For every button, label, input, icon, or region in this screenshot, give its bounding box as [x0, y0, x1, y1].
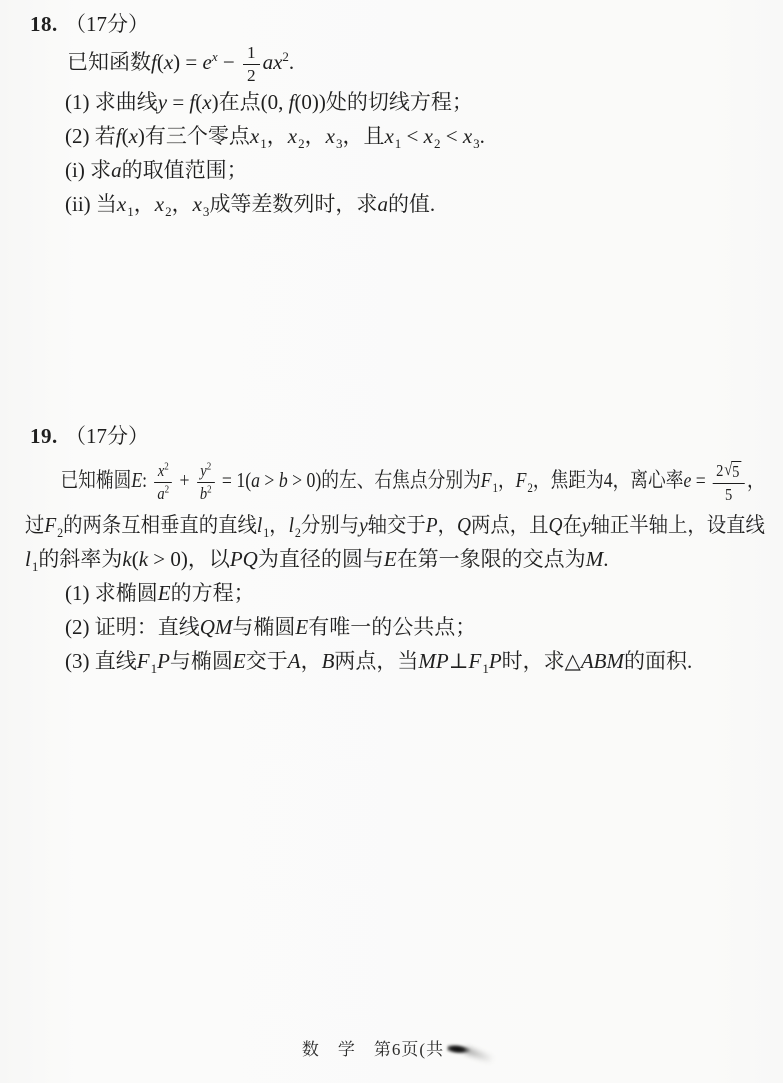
math-variable: x: [326, 124, 335, 148]
text-run: 5: [725, 485, 732, 504]
text-run: <: [440, 124, 462, 148]
math-variable: l: [289, 513, 294, 537]
math-variable: E: [384, 547, 397, 571]
math-variable: E: [233, 649, 246, 673]
exam-paper-page: 18. （17分） 已知函数f(x) = ex − 12ax2.(1) 求曲线y…: [0, 0, 783, 1083]
text-run: (: [157, 50, 164, 74]
text-run: 两点，当: [334, 649, 418, 673]
text-run: ，: [269, 513, 288, 537]
text-run: 过: [25, 513, 44, 537]
superscript: 2: [207, 461, 211, 473]
text-run: ，: [305, 124, 326, 148]
text-run: <: [401, 124, 423, 148]
question-19: 19. （17分） 已知椭圆E: x2a2 + y2b2 = 1(a > b >…: [25, 420, 765, 678]
math-variable: ABM: [581, 649, 624, 673]
question-line: 已知函数f(x) = ex − 12ax2.: [25, 40, 765, 85]
math-variable: A: [288, 649, 301, 673]
math-variable: F: [44, 513, 56, 537]
question-line: (1) 求曲线y = f(x)在点(0, f(0))处的切线方程；: [25, 85, 765, 119]
text-run: +: [175, 468, 194, 492]
math-variable: F: [481, 468, 492, 492]
text-run: .: [480, 124, 485, 148]
text-run: ，: [134, 192, 155, 216]
text-run: (: [122, 124, 129, 148]
math-variable: Q: [549, 513, 563, 537]
text-run: 时，求△: [502, 649, 581, 673]
superscript: 2: [165, 484, 169, 496]
math-variable: b: [200, 484, 207, 503]
text-run: (1) 求曲线: [65, 90, 158, 114]
math-variable: b: [279, 468, 288, 492]
text-run: (2) 若: [65, 124, 116, 148]
text-run: ，: [747, 468, 765, 492]
fraction: 12: [243, 43, 260, 86]
text-run: ⊥: [449, 649, 469, 673]
question-body: 已知椭圆E: x2a2 + y2b2 = 1(a > b > 0)的左、右焦点分…: [25, 452, 765, 678]
text-run: (: [132, 547, 139, 571]
question-18-header: 18. （17分）: [30, 8, 765, 40]
math-variable: M: [586, 547, 604, 571]
text-run: =: [167, 90, 189, 114]
math-variable: QM: [200, 615, 233, 639]
math-variable: x: [129, 124, 138, 148]
question-line: (3) 直线F1P与椭圆E交于A，B两点，当MP⊥F1P时，求△ABM的面积.: [25, 644, 765, 678]
text-run: ，: [301, 649, 322, 673]
math-variable: ax: [263, 50, 283, 74]
math-variable: P: [157, 649, 170, 673]
text-run: (1) 求椭圆: [65, 581, 158, 605]
text-run: 的取值范围；: [122, 158, 248, 182]
text-run: ，焦距为4，离心率: [533, 468, 684, 492]
question-line: (i) 求a的取值范围；: [25, 153, 765, 187]
text-run: 1: [247, 43, 256, 62]
fraction: x2a2: [154, 461, 173, 504]
math-variable: F: [516, 468, 527, 492]
text-run: (0))处的切线方程；: [294, 90, 472, 114]
math-variable: k: [139, 547, 148, 571]
question-line: (2) 若f(x)有三个零点x1，x2，x3，且x1 < x2 < x3.: [25, 119, 765, 153]
text-run: 两点，且: [471, 513, 549, 537]
text-run: .: [289, 50, 294, 74]
question-points: （17分）: [65, 424, 149, 448]
text-run: > 0)的左、右焦点分别为: [288, 468, 481, 492]
text-run: )在点(0,: [212, 90, 289, 114]
math-variable: x: [384, 124, 393, 148]
page-content: 18. （17分） 已知函数f(x) = ex − 12ax2.(1) 求曲线y…: [25, 8, 765, 678]
text-run: )有三个零点: [138, 124, 250, 148]
ink-smudge-artifact: [446, 1042, 481, 1058]
question-line: (1) 求椭圆E的方程；: [25, 576, 765, 610]
text-run: 的值.: [388, 192, 435, 216]
math-variable: B: [322, 649, 335, 673]
math-variable: E: [295, 615, 308, 639]
math-variable: x: [117, 192, 126, 216]
question-line: l1的斜率为k(k > 0)，以PQ为直径的圆与E在第一象限的交点为M.: [25, 542, 765, 576]
question-line: (ii) 当x1，x2，x3成等差数列时，求a的值.: [25, 187, 765, 221]
superscript: 2: [207, 484, 211, 496]
text-run: 轴交于: [368, 513, 426, 537]
text-run: 2: [247, 66, 256, 85]
math-variable: a: [377, 192, 388, 216]
text-run: .: [603, 547, 608, 571]
math-variable: e: [683, 468, 691, 492]
fraction: y2b2: [196, 461, 215, 504]
math-variable: x: [193, 192, 202, 216]
text-run: 分别与: [301, 513, 359, 537]
text-run: 在第一象限的交点为: [397, 547, 586, 571]
text-run: >: [260, 468, 279, 492]
question-number: 19.: [30, 424, 58, 448]
text-run: ，: [498, 468, 516, 492]
question-body: 已知函数f(x) = ex − 12ax2.(1) 求曲线y = f(x)在点(…: [25, 40, 765, 221]
fraction: 2√55: [713, 461, 745, 505]
question-line: (2) 证明：直线QM与椭圆E有唯一的公共点；: [25, 610, 765, 644]
math-variable: F: [468, 649, 481, 673]
question-line: 已知椭圆E: x2a2 + y2b2 = 1(a > b > 0)的左、右焦点分…: [25, 452, 649, 508]
text-run: −: [218, 50, 240, 74]
question-number: 18.: [30, 12, 58, 36]
text-run: 的两条互相垂直的直线: [63, 513, 257, 537]
page-footer: 数 学 第6页(共: [0, 1035, 783, 1060]
question-line: 过F2的两条互相垂直的直线l1，l2分别与y轴交于P，Q两点，且Q在y轴正半轴上…: [25, 508, 708, 542]
text-run: ，: [267, 124, 288, 148]
math-variable: E: [131, 468, 142, 492]
math-variable: Q: [457, 513, 471, 537]
text-run: 轴正半轴上，设直线: [591, 513, 765, 537]
text-run: 与椭圆: [232, 615, 295, 639]
math-variable: F: [137, 649, 150, 673]
text-run: 有唯一的公共点；: [308, 615, 476, 639]
text-run: =: [691, 468, 710, 492]
text-run: = 1(: [218, 468, 252, 492]
math-variable: y: [158, 90, 167, 114]
math-variable: y: [582, 513, 591, 537]
question-19-header: 19. （17分）: [30, 420, 765, 452]
text-run: 交于: [246, 649, 288, 673]
text-run: 2: [716, 461, 723, 480]
text-run: ) =: [173, 50, 202, 74]
math-variable: P: [426, 513, 438, 537]
text-run: 与椭圆: [170, 649, 233, 673]
text-run: > 0)，以: [148, 547, 230, 571]
superscript: 2: [164, 461, 168, 473]
text-run: 在: [563, 513, 582, 537]
math-variable: x: [424, 124, 433, 148]
math-variable: x: [155, 192, 164, 216]
math-variable: a: [111, 158, 122, 182]
text-run: 已知椭圆: [60, 468, 131, 492]
text-run: 的斜率为: [38, 547, 122, 571]
math-variable: x: [250, 124, 259, 148]
text-run: ，且: [342, 124, 384, 148]
math-variable: k: [122, 547, 131, 571]
question-points: （17分）: [65, 12, 149, 36]
text-run: ，: [438, 513, 457, 537]
text-run: :: [142, 468, 151, 492]
text-run: (2) 证明：直线: [65, 615, 200, 639]
math-variable: x: [463, 124, 472, 148]
text-run: 成等差数列时，求: [209, 192, 377, 216]
math-variable: MP: [418, 649, 448, 673]
math-variable: x: [202, 90, 211, 114]
math-variable: P: [489, 649, 502, 673]
footer-text: 数 学 第6页(共: [302, 1040, 444, 1059]
text-run: ，: [172, 192, 193, 216]
math-variable: l: [25, 547, 31, 571]
text-run: 的方程；: [171, 581, 255, 605]
text-run: (3) 直线: [65, 649, 137, 673]
sqrt-radical: √5: [724, 461, 741, 482]
math-variable: a: [157, 484, 164, 503]
math-variable: e: [203, 50, 212, 74]
text-run: (i) 求: [65, 158, 111, 182]
math-variable: x: [288, 124, 297, 148]
math-variable: PQ: [230, 547, 258, 571]
math-variable: E: [158, 581, 171, 605]
question-18: 18. （17分） 已知函数f(x) = ex − 12ax2.(1) 求曲线y…: [25, 8, 765, 221]
math-variable: x: [164, 50, 173, 74]
math-variable: l: [257, 513, 262, 537]
text-run: (ii) 当: [65, 192, 117, 216]
text-run: 为直径的圆与: [258, 547, 384, 571]
text-run: 的面积.: [624, 649, 692, 673]
text-run: 已知函数: [67, 50, 151, 74]
